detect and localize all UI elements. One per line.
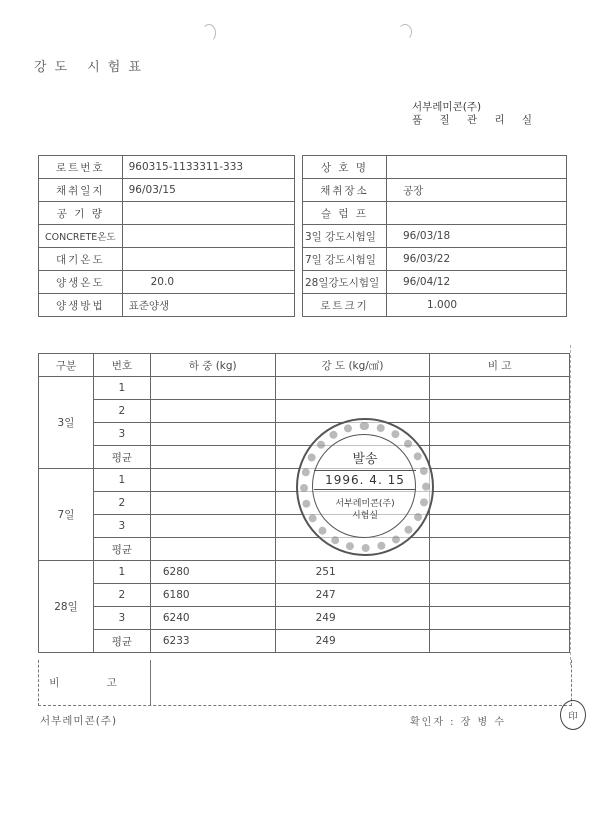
load-value	[150, 538, 275, 561]
info-row: CONCRETE온도	[39, 225, 295, 248]
load-value	[150, 469, 275, 492]
header-category: 구분	[39, 354, 94, 377]
remarks-cell	[430, 400, 570, 423]
dispatch-date-stamp: 발송 1996. 4. 15 서부레미콘(주) 시험실	[296, 418, 434, 556]
strength-value: 251	[275, 561, 430, 584]
row-number: 평균	[93, 446, 150, 469]
row-number: 3	[93, 607, 150, 630]
row-number: 평균	[93, 630, 150, 653]
remarks-cell	[430, 423, 570, 446]
load-value: 6280	[150, 561, 275, 584]
table-row: 평균	[39, 538, 570, 561]
info-label: 로트크기	[303, 294, 387, 317]
stamp-title: 발송	[298, 448, 432, 467]
load-value	[150, 400, 275, 423]
info-label: 양생온도	[39, 271, 123, 294]
load-value: 6240	[150, 607, 275, 630]
document-title: 강도 시험표	[34, 56, 149, 75]
info-value	[387, 202, 567, 225]
info-row: 채취일지96/03/15	[39, 179, 295, 202]
load-value	[150, 515, 275, 538]
info-value	[387, 156, 567, 179]
footer-company: 서부레미콘(주)	[40, 713, 117, 728]
info-label: 3일 강도시험일	[303, 225, 387, 248]
info-label: 상 호 명	[303, 156, 387, 179]
load-value	[150, 377, 275, 400]
row-number: 3	[93, 515, 150, 538]
header-number: 번호	[93, 354, 150, 377]
remarks-cell	[430, 492, 570, 515]
footer-confirmer: 확인자 : 장 병 수	[410, 713, 506, 728]
info-value: 표준양생	[122, 294, 294, 317]
table-row: 3	[39, 423, 570, 446]
info-row: 슬 럼 프	[303, 202, 567, 225]
info-value	[122, 202, 294, 225]
info-row: 로트번호960315-1133311-333	[39, 156, 295, 179]
info-label: 채취장소	[303, 179, 387, 202]
table-row: 평균 6233 249	[39, 630, 570, 653]
info-label: 슬 럼 프	[303, 202, 387, 225]
scan-artifact	[202, 24, 216, 42]
strength-value: 249	[275, 607, 430, 630]
row-number: 2	[93, 584, 150, 607]
row-number: 1	[93, 469, 150, 492]
scan-artifact	[398, 24, 412, 40]
info-row: 상 호 명	[303, 156, 567, 179]
load-value	[150, 492, 275, 515]
header-load: 하 중 (kg)	[150, 354, 275, 377]
strength-value	[275, 377, 430, 400]
info-value: 96/03/22	[387, 248, 567, 271]
info-label: 양생방법	[39, 294, 123, 317]
table-row: 3 6240 249	[39, 607, 570, 630]
remarks-cell	[430, 630, 570, 653]
info-row: 채취장소공장	[303, 179, 567, 202]
group-label: 28일	[39, 561, 94, 653]
load-value	[150, 423, 275, 446]
issuer-company: 서부레미콘(주)	[412, 101, 539, 114]
info-label: 공 기 량	[39, 202, 123, 225]
remarks-cell	[430, 469, 570, 492]
info-row: 양생방법표준양생	[39, 294, 295, 317]
info-label: 7일 강도시험일	[303, 248, 387, 271]
info-value: 1.000	[387, 294, 567, 317]
info-table-left: 로트번호960315-1133311-333 채취일지96/03/15 공 기 …	[38, 155, 295, 317]
load-value	[150, 446, 275, 469]
info-value: 96/03/18	[387, 225, 567, 248]
row-number: 2	[93, 400, 150, 423]
info-value: 960315-1133311-333	[122, 156, 294, 179]
info-label: 28일강도시험일	[303, 271, 387, 294]
table-row: 2 6180 247	[39, 584, 570, 607]
header-strength: 강 도 (kg/㎠)	[275, 354, 430, 377]
info-row: 3일 강도시험일96/03/18	[303, 225, 567, 248]
info-label: 채취일지	[39, 179, 123, 202]
personal-seal-icon: 印	[560, 700, 586, 730]
header-remarks: 비 고	[430, 354, 570, 377]
info-row: 로트크기1.000	[303, 294, 567, 317]
info-value: 96/04/12	[387, 271, 567, 294]
strength-value: 247	[275, 584, 430, 607]
row-number: 1	[93, 377, 150, 400]
remarks-cell	[430, 446, 570, 469]
table-row: 28일 1 6280 251	[39, 561, 570, 584]
remarks-cell	[430, 377, 570, 400]
stamp-dept: 시험실	[298, 508, 432, 521]
info-table-right: 상 호 명 채취장소공장 슬 럼 프 3일 강도시험일96/03/18 7일 강…	[302, 155, 567, 317]
group-label: 3일	[39, 377, 94, 469]
remarks-cell	[430, 538, 570, 561]
issuer-block: 서부레미콘(주) 품 질 관 리 실	[412, 101, 539, 127]
info-value: 96/03/15	[122, 179, 294, 202]
group-label: 7일	[39, 469, 94, 561]
remarks-cell	[430, 561, 570, 584]
strength-value: 249	[275, 630, 430, 653]
page-edge-line	[570, 345, 571, 665]
load-value: 6180	[150, 584, 275, 607]
row-number: 평균	[93, 538, 150, 561]
row-number: 1	[93, 561, 150, 584]
info-row: 공 기 량	[39, 202, 295, 225]
info-row: 7일 강도시험일96/03/22	[303, 248, 567, 271]
issuer-department: 품 질 관 리 실	[412, 114, 539, 127]
info-value	[122, 248, 294, 271]
info-value: 공장	[387, 179, 567, 202]
table-header-row: 구분 번호 하 중 (kg) 강 도 (kg/㎠) 비 고	[39, 354, 570, 377]
remarks-cell	[430, 584, 570, 607]
load-value: 6233	[150, 630, 275, 653]
info-row: 양생온도20.0	[39, 271, 295, 294]
row-number: 3	[93, 423, 150, 446]
info-label: 대기온도	[39, 248, 123, 271]
info-row: 28일강도시험일96/04/12	[303, 271, 567, 294]
table-row: 3일 1	[39, 377, 570, 400]
row-number: 2	[93, 492, 150, 515]
stamp-date: 1996. 4. 15	[314, 470, 416, 490]
remarks-label: 비 고	[38, 660, 151, 705]
info-label: CONCRETE온도	[39, 225, 123, 248]
remarks-cell	[430, 607, 570, 630]
table-row: 2	[39, 400, 570, 423]
info-label: 로트번호	[39, 156, 123, 179]
remarks-cell	[430, 515, 570, 538]
info-value	[122, 225, 294, 248]
info-row: 대기온도	[39, 248, 295, 271]
info-value: 20.0	[122, 271, 294, 294]
